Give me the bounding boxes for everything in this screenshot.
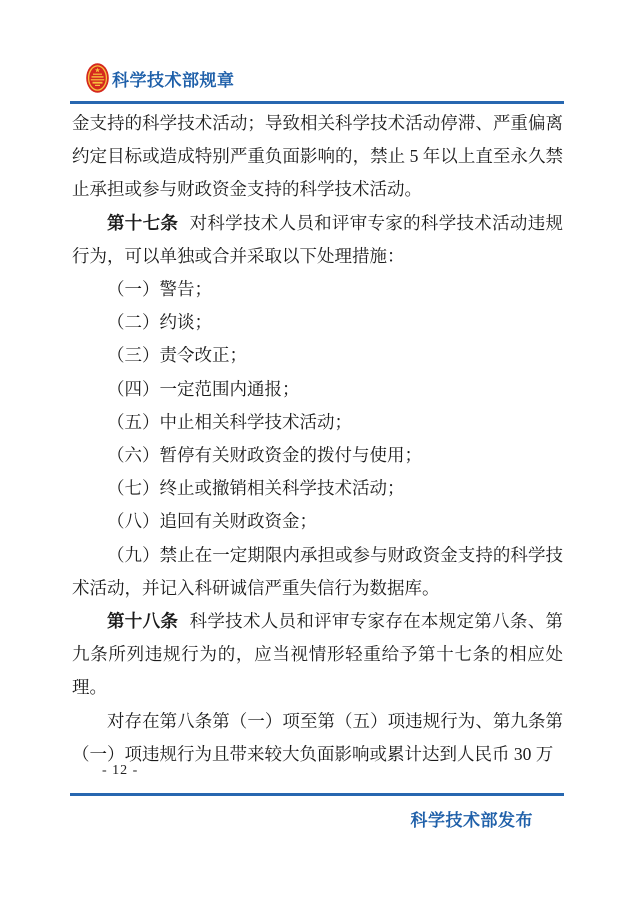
document-body: 金支持的科学技术活动；导致相关科学技术活动停滞、严重偏离约定目标或造成特别严重负… [72,107,563,771]
list-item-7: （七）终止或撤销相关科学技术活动； [72,472,563,505]
list-item-9: （九）禁止在一定期限内承担或参与财政资金支持的科学技术活动，并记入科研诚信严重失… [72,539,563,605]
article-17: 第十七条对科学技术人员和评审专家的科学技术活动违规行为，可以单独或合并采取以下处… [72,207,563,273]
header-rule [70,101,564,104]
list-item-2: （二）约谈； [72,306,563,339]
china-national-emblem-icon [86,63,109,93]
list-item-1: （一）警告； [72,273,563,306]
list-item-5: （五）中止相关科学技术活动； [72,406,563,439]
list-item-3: （三）责令改正； [72,339,563,372]
page-number: - 12 - [102,762,138,780]
paragraph-final: 对存在第八条第（一）项至第（五）项违规行为、第九条第（一）项违规行为且带来较大负… [72,705,563,771]
publisher-label: 科学技术部发布 [411,810,534,832]
header-title: 科学技术部规章 [112,70,235,91]
footer-rule [70,793,564,796]
article-17-number: 第十七条 [107,213,178,233]
article-18-number: 第十八条 [107,611,178,631]
paragraph-continuation: 金支持的科学技术活动；导致相关科学技术活动停滞、严重偏离约定目标或造成特别严重负… [72,107,563,207]
article-18: 第十八条科学技术人员和评审专家存在本规定第八条、第九条所列违规行为的，应当视情形… [72,605,563,705]
list-item-6: （六）暂停有关财政资金的拨付与使用； [72,439,563,472]
list-item-4: （四）一定范围内通报； [72,373,563,406]
list-item-8: （八）追回有关财政资金； [72,505,563,538]
document-page: 科学技术部规章 金支持的科学技术活动；导致相关科学技术活动停滞、严重偏离约定目标… [0,0,640,905]
